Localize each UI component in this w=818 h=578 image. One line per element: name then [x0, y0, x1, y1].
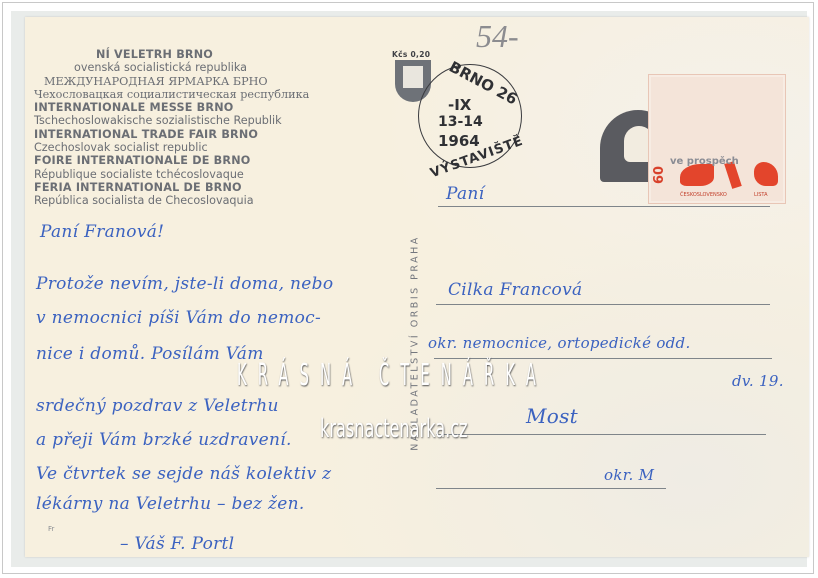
address-line: Paní [446, 184, 484, 204]
header-line: Tschechoslowakische sozialistische Repub… [34, 114, 309, 127]
watermark-url: krasnactenarka.cz [320, 414, 468, 444]
publisher-imprint: NAKLADATELSTVÍ ORBIS PRAHA [409, 193, 421, 493]
message-line: nice i domů. Posílám Vám [36, 344, 264, 364]
address-line: Cilka Francová [448, 280, 582, 300]
address-line: okr. nemocnice, ortopedické odd. [428, 334, 691, 352]
header-line: FOIRE INTERNATIONALE DE BRNO [34, 154, 309, 167]
header-line: INTERNATIONALE MESSE BRNO [34, 101, 309, 114]
address-rule [436, 304, 770, 305]
stamp-figure-icon [680, 164, 714, 186]
message-line: srdečný pozdrav z Veletrhu [36, 396, 279, 416]
printer-mark: Fr [48, 525, 54, 533]
stamp-overprint: ve prospěch [670, 156, 739, 167]
message-line: a přeji Vám brzké uzdravení. [36, 430, 292, 450]
postmark-hours: 13-14 [438, 114, 483, 130]
watermark-title: KRÁSNÁ ČTENÁŘKA [237, 358, 547, 393]
address-line: Most [526, 404, 578, 428]
header-line: FERIA INTERNATIONAL DE BRNO [34, 181, 309, 194]
header-line: NÍ VELETRH BRNO [34, 48, 309, 61]
pencil-note: 54- [476, 18, 519, 55]
address-rule [436, 434, 766, 435]
stamp-caption-left: ČESKOSLOVENSKO [680, 192, 727, 198]
signature: – Váš F. Portl [120, 534, 234, 554]
stamp-value: 60 [652, 166, 667, 184]
postmark-month: -IX [448, 96, 471, 114]
header-line: Чехословацкая социалистическая республик… [34, 88, 309, 101]
message-line: lékárny na Veletrhu – bez žen. [36, 494, 305, 514]
address-line: dv. 19. [732, 372, 784, 390]
message-line: Paní Franová! [40, 222, 164, 242]
address-rule [438, 206, 770, 207]
postmark-year: 1964 [438, 132, 480, 150]
message-line: Ve čtvrtek se sejde náš kolektiv z [36, 464, 331, 484]
slogan-value: Kčs 0,20 [392, 50, 430, 59]
header-line: République socialiste tchécoslovaque [34, 168, 309, 181]
stamp-caption-right: LISTA [754, 192, 768, 198]
address-rule [436, 488, 666, 489]
message-line: Protože nevím, jste-li doma, nebo [36, 274, 333, 294]
header-line: República socialista de Checoslovaquia [34, 194, 309, 207]
header-line: МЕЖДУНАРОДНАЯ ЯРМАРКА БРНО [34, 75, 309, 88]
header-line: Czechoslovak socialist republic [34, 141, 309, 154]
message-line: v nemocnici píši Vám do nemoc- [36, 308, 321, 328]
address-line: okr. M [604, 466, 654, 484]
postage-stamp: 60 ve prospěch ČESKOSLOVENSKO LISTA [648, 74, 784, 202]
printed-header: NÍ VELETRH BRNO ovenská socialistická re… [34, 48, 309, 208]
header-line: ovenská socialistická republika [34, 61, 309, 74]
header-line: INTERNATIONAL TRADE FAIR BRNO [34, 128, 309, 141]
